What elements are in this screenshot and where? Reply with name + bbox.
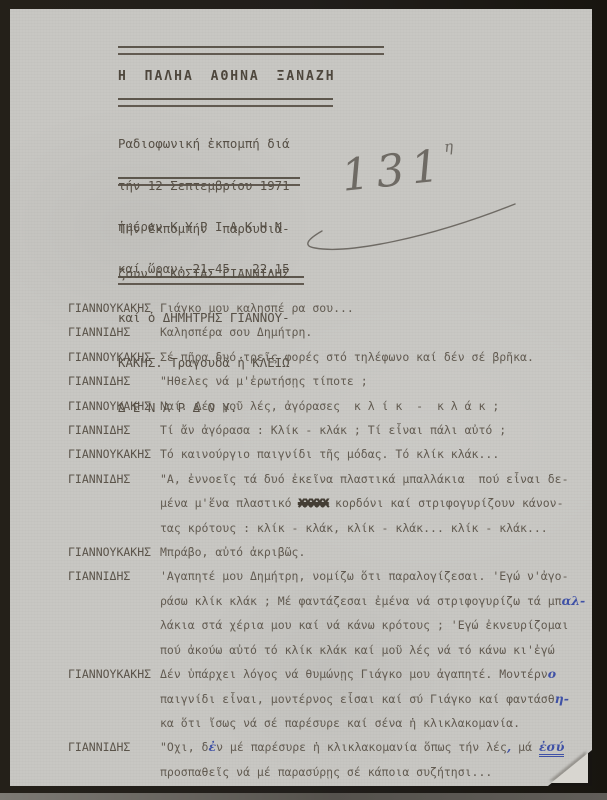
typed-text: κορδόνι καί στριφογυρίζουν κάνον- xyxy=(328,496,563,510)
dialogue-row: ΓΙΑΝΝΟΥΚΑΚΗΣ Γιάγκο μου καλησπέ ρα σου..… xyxy=(68,296,592,320)
presenters-info-line: Τήν ἐκπομπήν παρουσιά- xyxy=(118,222,290,237)
speaker-name: ΓΙΑΝΝΟΥΚΑΚΗΣ xyxy=(68,296,160,320)
scanner-edge-strip xyxy=(0,793,607,800)
typed-text: μένα μ'ἕνα πλαστικό xyxy=(160,496,298,510)
dialogue-text: Δέν ὑπάρχει λόγος νά θυμώνῃς Γιάγκο μου … xyxy=(160,662,556,686)
page-title: Η ΠΑΛΗΑ ΑΘΗΝΑ ΞΑΝΑΖΗ xyxy=(118,69,336,84)
speaker-name xyxy=(68,711,160,735)
dialogue-row: προσπαθεῖς νά μέ παρασύρῃς σέ κάποια συζ… xyxy=(68,760,592,784)
typed-text: Σέ πῆρα δυό τρεῖς φορές στό τηλέφωνο καί… xyxy=(160,350,534,364)
divider-rule-bottom xyxy=(118,276,304,285)
speaker-name: ΓΙΑΝΝΙΔΗΣ xyxy=(68,320,160,344)
dialogue-text: λάκια στά χέρια μου καί νά κάνω κρότους … xyxy=(160,613,569,637)
speaker-name: ΓΙΑΝΝΟΥΚΑΚΗΣ xyxy=(68,394,160,418)
annotation-underline-swoosh xyxy=(292,181,527,251)
speaker-name xyxy=(68,491,160,515)
dialogue-row: ΓΙΑΝΝΙΔΗΣ "Ηθελες νά μ'ἐρωτήσῃς τίποτε ; xyxy=(68,369,592,393)
folded-corner-flap xyxy=(551,753,588,783)
typed-text: Γιάγκο μου καλησπέ ρα σου... xyxy=(160,301,354,315)
dialogue-row: ΓΙΑΝΝΟΥΚΑΚΗΣ Τό καινούργιο παιγνίδι τῆς … xyxy=(68,442,592,466)
speaker-name xyxy=(68,687,160,711)
speaker-name: ΓΙΑΝΝΟΥΚΑΚΗΣ xyxy=(68,540,160,564)
handwritten-correction: ο xyxy=(548,666,556,681)
dialogue-text: ράσω κλίκ κλάκ ; Μέ φαντάζεσαι ἐμένα νά … xyxy=(160,589,585,613)
typed-text: κα ὅτι ἴσως νά σέ παρέσυρε καί σένα ἡ κλ… xyxy=(160,716,520,730)
dialogue-row: κα ὅτι ἴσως νά σέ παρέσυρε καί σένα ἡ κλ… xyxy=(68,711,592,735)
dialogue-row: ΓΙΑΝΝΙΔΗΣ Τί ἄν ἀγόρασα : Κλίκ - κλάκ ; … xyxy=(68,418,592,442)
typed-text: "Οχι, δ xyxy=(160,740,208,754)
dialogue-text: προσπαθεῖς νά μέ παρασύρῃς σέ κάποια συζ… xyxy=(160,760,492,784)
dialogue-row: ΓΙΑΝΝΙΔΗΣ 'Αγαπητέ μου Δημήτρη, νομίζω ὅ… xyxy=(68,564,592,588)
dialogue-row: ΓΙΑΝΝΟΥΚΑΚΗΣ Ναί. Δέν μοῦ λές, ἀγόρασες … xyxy=(68,394,592,418)
dialogue-text: Γιάγκο μου καλησπέ ρα σου... xyxy=(160,296,354,320)
dialogue-row: ΓΙΑΝΝΙΔΗΣ "Οχι, δἐν μέ παρέσυρε ἡ κλικλα… xyxy=(68,735,592,759)
typed-text: τας κρότους : κλίκ - κλάκ, κλίκ - κλάκ..… xyxy=(160,521,548,535)
speaker-name: ΓΙΑΝΝΟΥΚΑΚΗΣ xyxy=(68,442,160,466)
typed-text: πού ἀκούω αὐτό τό κλίκ κλάκ καί μοῦ λές … xyxy=(160,643,555,657)
handwritten-correction: η- xyxy=(555,691,569,706)
typed-text: Μπράβο, αὐτό ἀκριβῶς. xyxy=(160,545,305,559)
typed-text: 'Αγαπητέ μου Δημήτρη, νομίζω ὅτι παραλογ… xyxy=(160,569,569,583)
dialogue-text: Μπράβο, αὐτό ἀκριβῶς. xyxy=(160,540,305,564)
dialogue-row: ΓΙΑΝΝΙΔΗΣ Καλησπέρα σου Δημήτρη. xyxy=(68,320,592,344)
speaker-name: ΓΙΑΝΝΟΥΚΑΚΗΣ xyxy=(68,345,160,369)
speaker-name: ΓΙΑΝΝΟΥΚΑΚΗΣ xyxy=(68,662,160,686)
dialogue-row: λάκια στά χέρια μου καί νά κάνω κρότους … xyxy=(68,613,592,637)
speaker-name: ΓΙΑΝΝΙΔΗΣ xyxy=(68,735,160,759)
typed-text: λάκια στά χέρια μου καί νά κάνω κρότους … xyxy=(160,618,569,632)
dialogue-text: τας κρότους : κλίκ - κλάκ, κλίκ - κλάκ..… xyxy=(160,516,548,540)
dialogue-row: ΓΙΑΝΝΟΥΚΑΚΗΣ Μπράβο, αὐτό ἀκριβῶς. xyxy=(68,540,592,564)
document-page: Η ΠΑΛΗΑ ΑΘΗΝΑ ΞΑΝΑΖΗ Ραδιοφωνική ἐκπομπή… xyxy=(10,9,592,786)
dialogue-text: κα ὅτι ἴσως νά σέ παρέσυρε καί σένα ἡ κλ… xyxy=(160,711,520,735)
handwritten-correction: ἐ xyxy=(208,739,216,754)
divider-rule-under-title xyxy=(118,98,333,107)
speaker-name xyxy=(68,760,160,784)
dialogue-row: ΓΙΑΝΝΙΔΗΣ "Α, ἐννοεῖς τά δυό ἐκεῖνα πλασ… xyxy=(68,467,592,491)
divider-rule-mid xyxy=(118,177,300,186)
annotation-superscript: η xyxy=(443,137,454,156)
dialogue-text: 'Αγαπητέ μου Δημήτρη, νομίζω ὅτι παραλογ… xyxy=(160,564,569,588)
dialogue-text: Τό καινούργιο παιγνίδι τῆς μόδας. Τό κλί… xyxy=(160,442,499,466)
divider-rule-top xyxy=(118,46,384,55)
speaker-name: ΓΙΑΝΝΙΔΗΣ xyxy=(68,369,160,393)
speaker-name xyxy=(68,613,160,637)
typed-text: "Α, ἐννοεῖς τά δυό ἐκεῖνα πλαστικά μπαλλ… xyxy=(160,472,569,486)
dialogue-row: ΓΙΑΝΝΟΥΚΑΚΗΣ Δέν ὑπάρχει λόγος νά θυμώνῃ… xyxy=(68,662,592,686)
dialogue-row: παιγνίδι εἶναι, μοντέρνος εἶσαι καί σύ Γ… xyxy=(68,687,592,711)
typed-text: Δέν ὑπάρχει λόγος νά θυμώνῃς Γιάγκο μου … xyxy=(160,667,548,681)
dialogue-row: ΓΙΑΝΝΟΥΚΑΚΗΣ Σέ πῆρα δυό τρεῖς φορές στό… xyxy=(68,345,592,369)
dialogue-text: Τί ἄν ἀγόρασα : Κλίκ - κλάκ ; Τί εἶναι π… xyxy=(160,418,506,442)
dialogue-text: παιγνίδι εἶναι, μοντέρνος εἶσαι καί σύ Γ… xyxy=(160,687,569,711)
broadcast-info-line: Ραδιοφωνική ἐκπομπή διά xyxy=(118,137,290,151)
dialogue-row: μένα μ'ἕνα πλαστικό ΧΧΧΧΧ κορδόνι καί στ… xyxy=(68,491,592,515)
dialogue-text: Καλησπέρα σου Δημήτρη. xyxy=(160,320,312,344)
dialogue-row: πού ἀκούω αὐτό τό κλίκ κλάκ καί μοῦ λές … xyxy=(68,638,592,662)
speaker-name: ΓΙΑΝΝΙΔΗΣ xyxy=(68,564,160,588)
dialogue-row: ράσω κλίκ κλάκ ; Μέ φαντάζεσαι ἐμένα νά … xyxy=(68,589,592,613)
dialogue-row: τας κρότους : κλίκ - κλάκ, κλίκ - κλάκ..… xyxy=(68,516,592,540)
dialogue-section: ΓΙΑΝΝΟΥΚΑΚΗΣ Γιάγκο μου καλησπέ ρα σου..… xyxy=(68,296,592,784)
typed-text: Ναί. Δέν μοῦ λές, ἀγόρασες κ λ ί κ - κ λ… xyxy=(160,399,499,413)
typed-text: Τί ἄν ἀγόρασα : Κλίκ - κλάκ ; Τί εἶναι π… xyxy=(160,423,506,437)
dialogue-text: Σέ πῆρα δυό τρεῖς φορές στό τηλέφωνο καί… xyxy=(160,345,534,369)
typed-text: παιγνίδι εἶναι, μοντέρνος εἶσαι καί σύ Γ… xyxy=(160,692,555,706)
scanned-page-background: Η ΠΑΛΗΑ ΑΘΗΝΑ ΞΑΝΑΖΗ Ραδιοφωνική ἐκπομπή… xyxy=(0,0,607,800)
speaker-name: ΓΙΑΝΝΙΔΗΣ xyxy=(68,418,160,442)
dialogue-text: μένα μ'ἕνα πλαστικό ΧΧΧΧΧ κορδόνι καί στ… xyxy=(160,491,564,515)
dialogue-text: "Ηθελες νά μ'ἐρωτήσῃς τίποτε ; xyxy=(160,369,368,393)
handwritten-correction: αλ- xyxy=(562,593,586,608)
typed-text: Καλησπέρα σου Δημήτρη. xyxy=(160,325,312,339)
typed-text: ν μέ παρέσυρε ἡ κλικλακομανία ὅπως τήν λ… xyxy=(216,740,507,754)
typed-text: μά xyxy=(511,740,539,754)
speaker-name: ΓΙΑΝΝΙΔΗΣ xyxy=(68,467,160,491)
speaker-name xyxy=(68,516,160,540)
typed-text: ράσω κλίκ κλάκ ; Μέ φαντάζεσαι ἐμένα νά … xyxy=(160,594,562,608)
dialogue-text: "Οχι, δἐν μέ παρέσυρε ἡ κλικλακομανία ὅπ… xyxy=(160,735,564,759)
dialogue-text: πού ἀκούω αὐτό τό κλίκ κλάκ καί μοῦ λές … xyxy=(160,638,555,662)
speaker-name xyxy=(68,589,160,613)
typed-text: "Ηθελες νά μ'ἐρωτήσῃς τίποτε ; xyxy=(160,374,368,388)
handwritten-correction: ΧΧΧΧΧ xyxy=(298,496,328,510)
typed-text: προσπαθεῖς νά μέ παρασύρῃς σέ κάποια συζ… xyxy=(160,765,492,779)
dialogue-text: Ναί. Δέν μοῦ λές, ἀγόρασες κ λ ί κ - κ λ… xyxy=(160,394,499,418)
dialogue-text: "Α, ἐννοεῖς τά δυό ἐκεῖνα πλαστικά μπαλλ… xyxy=(160,467,569,491)
typed-text: Τό καινούργιο παιγνίδι τῆς μόδας. Τό κλί… xyxy=(160,447,499,461)
speaker-name xyxy=(68,638,160,662)
